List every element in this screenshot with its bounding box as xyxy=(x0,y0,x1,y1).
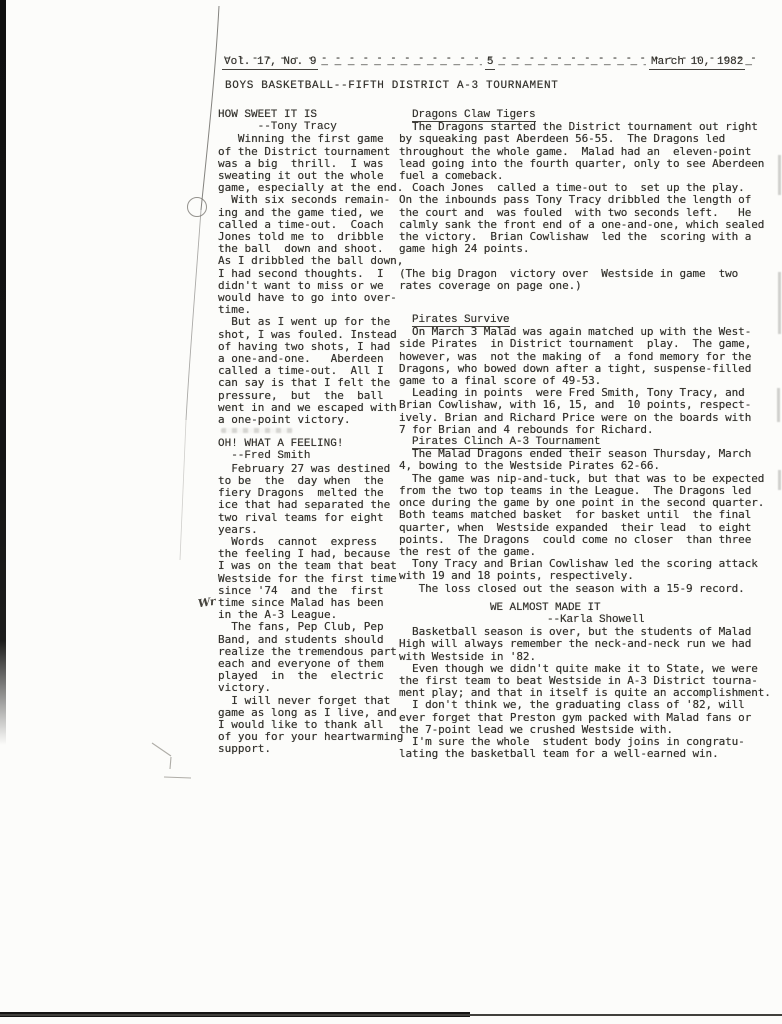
scan-edge-smudge xyxy=(777,388,780,422)
pencil-scratch-marks xyxy=(152,743,191,778)
scan-edge-smudge xyxy=(778,272,781,334)
section-body: Basketball season is over, but the stude… xyxy=(399,626,777,760)
scan-edge-smudge xyxy=(778,155,781,195)
date-label: March 10, 1982 xyxy=(649,56,745,70)
article-body: February 27 was destined to be the day w… xyxy=(218,463,418,756)
volume-label: Vol. 17, No. 9 xyxy=(222,56,318,70)
article-heading: HOW SWEET IT IS xyxy=(218,109,418,121)
masthead-line: Vol. 17, No. 9 _ _ _ _ _ _ _ _ _ _ _ _ _… xyxy=(222,56,752,70)
scan-bottom-edge-line xyxy=(0,1014,782,1016)
scanned-newspaper-page: - - - - - - - - - - - - - - - - - - - - … xyxy=(0,0,782,1024)
page-title: BOYS BASKETBALL--FIFTH DISTRICT A-3 TOUR… xyxy=(225,80,559,92)
section-we-almost-made-it: WE ALMOST MADE IT --Karla Showell Basket… xyxy=(399,602,777,761)
fold-crease-line xyxy=(186,210,201,420)
article-how-sweet-it-is: HOW SWEET IT IS --Tony Tracy Winning the… xyxy=(218,109,418,426)
left-column: HOW SWEET IT IS --Tony Tracy Winning the… xyxy=(218,109,418,756)
section-body: The Malad Dragons ended their season Thu… xyxy=(399,448,777,594)
masthead-tail-dash: _ xyxy=(745,56,752,68)
page-number: 5 xyxy=(485,56,496,70)
article-heading: OH! WHAT A FEELING! xyxy=(218,438,418,450)
section-pirates-clinch-a3-tournament: Pirates Clinch A-3 Tournament The Malad … xyxy=(399,436,777,595)
section-heading: WE ALMOST MADE IT xyxy=(490,602,777,614)
section-body: On March 3 Malad was again matched up wi… xyxy=(399,326,777,436)
right-column: Dragons Claw Tigers The Dragons started … xyxy=(399,109,777,760)
handwritten-margin-note: Wr xyxy=(197,595,216,611)
scan-left-edge-shadow xyxy=(0,0,6,745)
article-oh-what-a-feeling: OH! WHAT A FEELING! --Fred Smith Februar… xyxy=(218,438,418,755)
fold-crease-line xyxy=(180,420,186,560)
fold-crease-line xyxy=(201,6,219,210)
section-pirates-survive: Pirates Survive On March 3 Malad was aga… xyxy=(399,314,777,436)
article-byline: --Fred Smith xyxy=(218,450,418,462)
section-dragons-claw-tigers: Dragons Claw Tigers The Dragons started … xyxy=(399,109,777,292)
masthead-fill-right: _ _ _ _ _ _ _ _ _ _ _ _ xyxy=(498,56,646,68)
article-body: Winning the first game of the District t… xyxy=(218,133,418,426)
section-body: The Dragons started the District tournam… xyxy=(399,121,777,292)
binder-ring-mark xyxy=(188,198,207,217)
masthead-fill-left: _ _ _ _ _ _ _ _ _ _ _ _ _ xyxy=(321,56,481,68)
scan-edge-smudge xyxy=(778,470,781,490)
